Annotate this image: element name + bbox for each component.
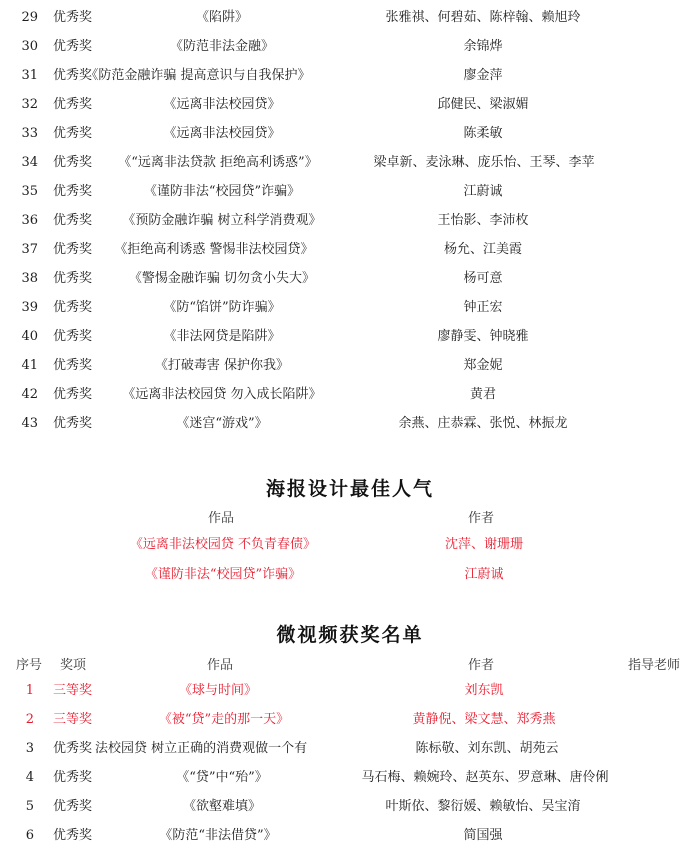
column-header-number: 序号	[16, 654, 42, 673]
work-authors: 邱健民、梁淑媚	[437, 90, 528, 119]
list-row: 《远离非法校园贷 不负青春债》 沈萍、谢珊珊	[0, 530, 700, 559]
work-authors: 郑金妮	[463, 351, 502, 380]
list-row: 1 三等奖 《球与时间》 刘东凯	[0, 676, 700, 705]
award-level: 优秀奖	[53, 734, 92, 763]
row-number: 4	[14, 763, 34, 792]
award-level: 优秀奖	[53, 119, 92, 148]
list-row: 40 优秀奖 《非法网贷是陷阱》 廖静雯、钟晓雅	[0, 322, 700, 351]
award-level: 三等奖	[53, 676, 92, 705]
work-title: 《非法网贷是陷阱》	[163, 322, 280, 351]
work-title: 《陷阱》	[196, 3, 248, 32]
row-number: 38	[14, 264, 38, 293]
list-row: 42 优秀奖 《远离非法校园贷 勿入成长陷阱》 黄君	[0, 380, 700, 409]
row-number: 1	[14, 676, 34, 705]
row-number: 31	[14, 61, 38, 90]
work-authors: 杨允、江美霞	[444, 235, 522, 264]
section-title: 微视频获奖名单	[0, 620, 700, 647]
column-header-author: 作者	[468, 654, 494, 673]
list-row: 32 优秀奖 《远离非法校园贷》 邱健民、梁淑媚	[0, 90, 700, 119]
award-level: 优秀奖	[53, 351, 92, 380]
work-title: 《谨防非法“校园贷”诈骗》	[145, 560, 301, 589]
work-authors: 黄君	[470, 380, 496, 409]
work-authors: 江蔚诚	[463, 177, 502, 206]
award-level: 优秀奖	[53, 90, 92, 119]
award-level: 优秀奖	[53, 3, 92, 32]
list-row: 2 三等奖 《被“贷”走的那一天》 黄静倪、梁文慧、郑秀燕	[0, 705, 700, 734]
work-authors: 陈柔敏	[463, 119, 502, 148]
row-number: 37	[14, 235, 38, 264]
work-authors: 江蔚诚	[464, 560, 503, 589]
work-authors: 王怡影、李沛枚	[437, 206, 528, 235]
work-title: 《防范非法金融》	[170, 32, 274, 61]
award-level: 优秀奖	[53, 264, 92, 293]
work-title: 《被“贷”走的那一天》	[159, 705, 289, 734]
list-row: 3 优秀奖 法校园贷 树立正确的消费观做一个有 陈标敬、刘东凯、胡苑云	[0, 734, 700, 763]
list-row: 36 优秀奖 《预防金融诈骗 树立科学消费观》 王怡影、李沛枚	[0, 206, 700, 235]
work-title: 《预防金融诈骗 树立科学消费观》	[122, 206, 321, 235]
list-row: 《谨防非法“校园贷”诈骗》 江蔚诚	[0, 560, 700, 589]
row-number: 3	[14, 734, 34, 763]
work-title: 《球与时间》	[179, 676, 257, 705]
work-title: 《防范“非法借贷”》	[159, 821, 276, 850]
work-authors: 黄静倪、梁文慧、郑秀燕	[412, 705, 555, 734]
award-level: 优秀奖	[53, 380, 92, 409]
work-title: 《“远离非法贷款 拒绝高利诱惑”》	[118, 148, 317, 177]
award-level: 优秀奖	[53, 409, 92, 438]
work-authors: 马石梅、赖婉玲、赵英东、罗意琳、唐伶俐	[361, 763, 608, 792]
work-title: 《“贷”中“殆”》	[176, 763, 268, 792]
work-title: 《远离非法校园贷 勿入成长陷阱》	[122, 380, 321, 409]
list-row: 41 优秀奖 《打破毒害 保护你我》 郑金妮	[0, 351, 700, 380]
list-row: 33 优秀奖 《远离非法校园贷》 陈柔敏	[0, 119, 700, 148]
row-number: 30	[14, 32, 38, 61]
list-row: 34 优秀奖 《“远离非法贷款 拒绝高利诱惑”》 梁卓新、麦泳琳、庞乐怡、王琴、…	[0, 148, 700, 177]
column-header-award: 奖项	[60, 654, 86, 673]
row-number: 6	[14, 821, 34, 850]
work-title: 《防“馅饼”防诈骗》	[163, 293, 280, 322]
work-authors: 廖静雯、钟晓雅	[437, 322, 528, 351]
work-title: 《远离非法校园贷》	[163, 90, 280, 119]
work-authors: 钟正宏	[463, 293, 502, 322]
work-title: 《远离非法校园贷 不负青春债》	[130, 530, 316, 559]
award-level: 三等奖	[53, 705, 92, 734]
work-authors: 杨可意	[463, 264, 502, 293]
row-number: 29	[14, 3, 38, 32]
row-number: 43	[14, 409, 38, 438]
award-level: 优秀奖	[53, 792, 92, 821]
row-number: 32	[14, 90, 38, 119]
row-number: 5	[14, 792, 34, 821]
list-row: 5 优秀奖 《欲壑难填》 叶斯依、黎衍媛、赖敏怡、吴宝淯	[0, 792, 700, 821]
work-title: 《谨防非法“校园贷”诈骗》	[144, 177, 300, 206]
column-header-author: 作者	[468, 507, 494, 526]
list-row: 29 优秀奖 《陷阱》 张雅祺、何碧茹、陈梓翰、赖旭玲	[0, 3, 700, 32]
work-authors: 简国强	[463, 821, 502, 850]
row-number: 39	[14, 293, 38, 322]
award-level: 优秀奖	[53, 148, 92, 177]
work-title: 《打破毒害 保护你我》	[155, 351, 289, 380]
work-authors: 余锦烨	[463, 32, 502, 61]
work-authors: 刘东凯	[464, 676, 503, 705]
work-title: 《防范金融诈骗 提高意识与自我保护》	[85, 61, 310, 90]
work-title: 《迷宫“游戏”》	[176, 409, 267, 438]
work-authors: 张雅祺、何碧茹、陈梓翰、赖旭玲	[385, 3, 580, 32]
award-level: 优秀奖	[53, 293, 92, 322]
column-header-teacher: 指导老师	[628, 654, 680, 673]
list-row: 38 优秀奖 《警惕金融诈骗 切勿贪小失大》 杨可意	[0, 264, 700, 293]
work-authors: 沈萍、谢珊珊	[445, 530, 523, 559]
work-authors: 余燕、庄恭霖、张悦、林振龙	[398, 409, 567, 438]
section-title: 海报设计最佳人气	[0, 474, 700, 501]
list-row: 35 优秀奖 《谨防非法“校园贷”诈骗》 江蔚诚	[0, 177, 700, 206]
award-level: 优秀奖	[53, 32, 92, 61]
award-level: 优秀奖	[53, 177, 92, 206]
list-row: 4 优秀奖 《“贷”中“殆”》 马石梅、赖婉玲、赵英东、罗意琳、唐伶俐	[0, 763, 700, 792]
work-authors: 梁卓新、麦泳琳、庞乐怡、王琴、李苹	[373, 148, 594, 177]
row-number: 2	[14, 705, 34, 734]
list-row: 37 优秀奖 《拒绝高利诱惑 警惕非法校园贷》 杨允、江美霞	[0, 235, 700, 264]
award-level: 优秀奖	[53, 763, 92, 792]
work-title: 《远离非法校园贷》	[163, 119, 280, 148]
work-title: 法校园贷 树立正确的消费观做一个有	[95, 734, 307, 763]
row-number: 35	[14, 177, 38, 206]
list-row: 43 优秀奖 《迷宫“游戏”》 余燕、庄恭霖、张悦、林振龙	[0, 409, 700, 438]
work-title: 《警惕金融诈骗 切勿贪小失大》	[129, 264, 315, 293]
award-level: 优秀奖	[53, 821, 92, 850]
work-title: 《拒绝高利诱惑 警惕非法校园贷》	[114, 235, 313, 264]
column-header-work: 作品	[207, 654, 233, 673]
work-authors: 廖金萍	[463, 61, 502, 90]
row-number: 33	[14, 119, 38, 148]
row-number: 41	[14, 351, 38, 380]
column-header-work: 作品	[208, 507, 234, 526]
work-title: 《欲壑难填》	[183, 792, 261, 821]
award-level: 优秀奖	[53, 206, 92, 235]
list-row: 39 优秀奖 《防“馅饼”防诈骗》 钟正宏	[0, 293, 700, 322]
row-number: 34	[14, 148, 38, 177]
work-authors: 陈标敬、刘东凯、胡苑云	[415, 734, 558, 763]
row-number: 36	[14, 206, 38, 235]
award-level: 优秀奖	[53, 235, 92, 264]
row-number: 42	[14, 380, 38, 409]
list-row: 30 优秀奖 《防范非法金融》 余锦烨	[0, 32, 700, 61]
work-authors: 叶斯依、黎衍媛、赖敏怡、吴宝淯	[385, 792, 580, 821]
award-level: 优秀奖	[53, 322, 92, 351]
row-number: 40	[14, 322, 38, 351]
list-row: 31 优秀奖 《防范金融诈骗 提高意识与自我保护》 廖金萍	[0, 61, 700, 90]
list-row: 6 优秀奖 《防范“非法借贷”》 简国强	[0, 821, 700, 850]
